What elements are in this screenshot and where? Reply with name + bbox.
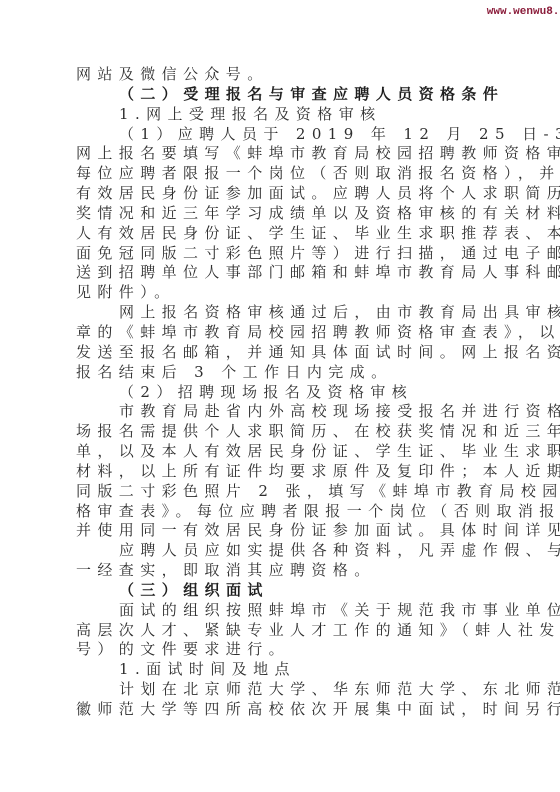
paragraph-line: 号）的文件要求进行。 [76, 640, 496, 660]
paragraph-line: 奖情况和近三年学习成绩单以及资格审核的有关材料（包括本 [76, 204, 496, 224]
watermark-url: www.wenwu8.c [487, 6, 560, 18]
subsection-heading-interview-time: 1.面试时间及地点 [76, 660, 496, 680]
paragraph-line: （1）应聘人员于 2019 年 12 月 25 日-31 日进行网上报名。 [76, 125, 496, 145]
paragraph-line: 徽师范大学等四所高校依次开展集中面试，时间另行通知（根 [76, 700, 496, 720]
subsection-heading-onsite: （2）招聘现场报名及资格审核 [76, 383, 496, 403]
paragraph-line: 每位应聘者限报一个岗位（否则取消报名资格），并使用同一 [76, 164, 496, 184]
paragraph-line: 同版二寸彩色照片 2 张，填写《蚌埠市教育局校园招聘教师资 [76, 482, 496, 502]
paragraph-line: 高层次人才、紧缺专业人才工作的通知》（蚌人社发[2019]29 [76, 621, 496, 641]
document-body: 网站及微信公众号。 （二）受理报名与审查应聘人员资格条件 1.网上受理报名及资格… [76, 65, 496, 720]
paragraph-line: 格审查表》。每位应聘者限报一个岗位（否则取消报名资格）， [76, 502, 496, 522]
section-heading-2: （二）受理报名与审查应聘人员资格条件 [76, 85, 496, 105]
paragraph-line: 应聘人员应如实提供各种资料，凡弄虚作假、与事实不符， [76, 541, 496, 561]
paragraph-line: 市教育局赴省内外高校现场接受报名并进行资格审核。现 [76, 402, 496, 422]
subsection-heading-online: 1.网上受理报名及资格审核 [76, 105, 496, 125]
paragraph-line: 见附件）。 [76, 283, 496, 303]
paragraph-line: 单，以及本人有效居民身份证、学生证、毕业生求职推荐表等 [76, 442, 496, 462]
paragraph-line: 材料，以上所有证件均要求原件及复印件；本人近期正面免冠 [76, 462, 496, 482]
paragraph-line: 送到招聘单位人事部门邮箱和蚌埠市教育局人事科邮箱（具体 [76, 263, 496, 283]
paragraph-line: 面试的组织按照蚌埠市《关于规范我市事业单位公开招聘 [76, 601, 496, 621]
paragraph-line: 报名结束后 3 个工作日内完成。 [76, 363, 496, 383]
paragraph-line: 有效居民身份证参加面试。应聘人员将个人求职简历、在校获 [76, 184, 496, 204]
paragraph-line: 并使用同一有效居民身份证参加面试。具体时间详见招聘海报。 [76, 521, 496, 541]
paragraph-line: 面免冠同版二寸彩色照片等）进行扫描，通过电子邮件同时报 [76, 244, 496, 264]
paragraph-line: 人有效居民身份证、学生证、毕业生求职推荐表、本人近期正 [76, 224, 496, 244]
paragraph-line: 网上报名资格审核通过后，由市教育局出具审核合格并盖 [76, 303, 496, 323]
paragraph-line: 发送至报名邮箱，并通知具体面试时间。网上报名资格审查在 [76, 343, 496, 363]
paragraph-line: 计划在北京师范大学、华东师范大学、东北师范大学、安 [76, 680, 496, 700]
section-heading-3: （三）组织面试 [76, 581, 496, 601]
paragraph-line: 章的《蚌埠市教育局校园招聘教师资格审查表》，以邮件形式 [76, 323, 496, 343]
paragraph-line: 场报名需提供个人求职简历、在校获奖情况和近三年学习成绩 [76, 422, 496, 442]
paragraph-line: 一经查实，即取消其应聘资格。 [76, 561, 496, 581]
text-line: 网站及微信公众号。 [76, 65, 496, 85]
paragraph-line: 网上报名要填写《蚌埠市教育局校园招聘教师资格审查表》。 [76, 144, 496, 164]
